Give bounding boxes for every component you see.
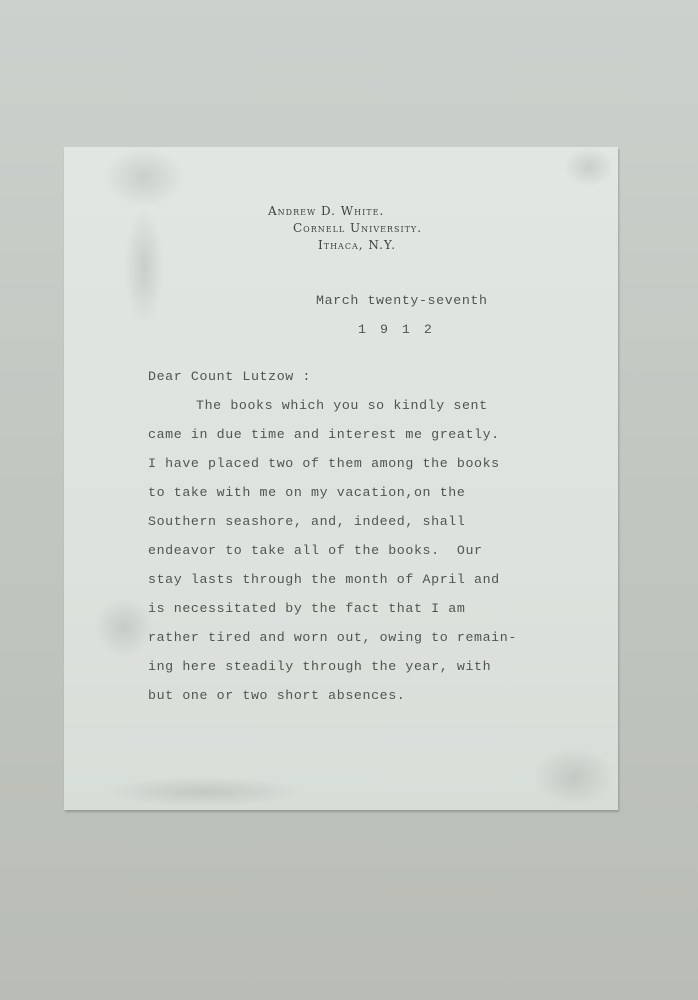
body-line: The books which you so kindly sent <box>148 397 517 426</box>
smudge-mark <box>104 777 304 807</box>
smudge-mark <box>104 147 184 207</box>
body-line: stay lasts through the month of April an… <box>148 571 517 600</box>
body-line: I have placed two of them among the book… <box>148 455 517 484</box>
body-line: rather tired and worn out, owing to rema… <box>148 629 517 658</box>
letterhead-location: Ithaca, N.Y. <box>318 238 396 252</box>
smudge-mark <box>124 207 164 327</box>
body-line: but one or two short absences. <box>148 687 517 716</box>
letter-page: Andrew D. White. Cornell University. Ith… <box>64 147 618 810</box>
body-line: is necessitated by the fact that I am <box>148 600 517 629</box>
date-line: March twenty-seventh <box>316 293 488 308</box>
body-line: to take with me on my vacation,on the <box>148 484 517 513</box>
salutation: Dear Count Lutzow : <box>148 369 311 384</box>
smudge-mark <box>564 147 614 187</box>
body-line: endeavor to take all of the books. Our <box>148 542 517 571</box>
body-line: Southern seashore, and, indeed, shall <box>148 513 517 542</box>
year-line: 1 9 1 2 <box>358 322 435 337</box>
letterhead-name: Andrew D. White. <box>268 204 384 218</box>
letter-body: The books which you so kindly sent came … <box>148 397 517 716</box>
body-line: ing here steadily through the year, with <box>148 658 517 687</box>
letterhead-institution: Cornell University. <box>293 221 422 235</box>
smudge-mark <box>94 597 154 657</box>
smudge-mark <box>534 747 614 807</box>
body-line: came in due time and interest me greatly… <box>148 426 517 455</box>
